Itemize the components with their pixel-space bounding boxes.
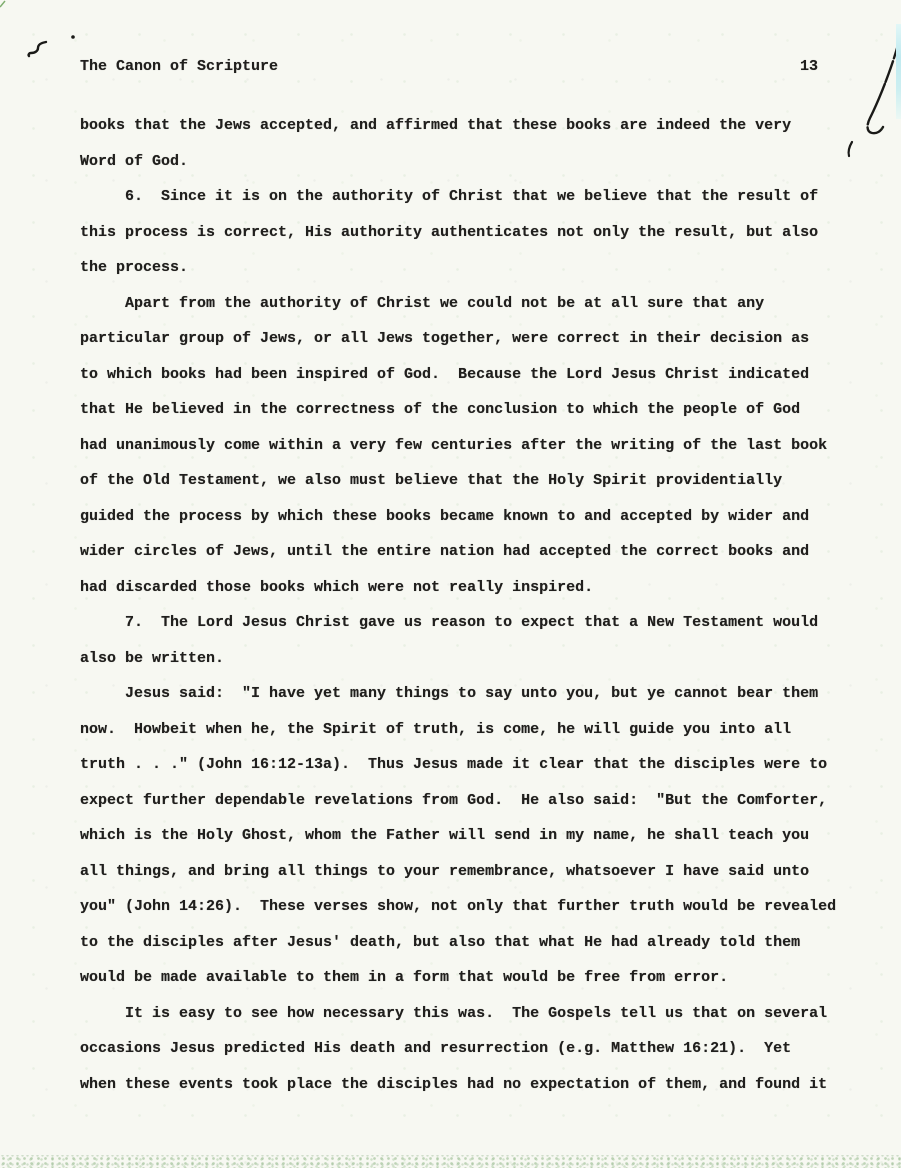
pen-curve-mark (29, 42, 46, 56)
text-line: occasions Jesus predicted His death and … (80, 1031, 870, 1067)
text-line: all things, and bring all things to your… (80, 854, 870, 890)
text-line: expect further dependable revelations fr… (80, 783, 870, 819)
text-line: to which books had been inspired of God.… (80, 357, 870, 393)
text-line: wider circles of Jews, until the entire … (80, 534, 870, 570)
text-line: now. Howbeit when he, the Spirit of trut… (80, 712, 870, 748)
corner-speck-mark (0, 1, 5, 7)
text-line: Word of God. (80, 144, 870, 180)
text-line: books that the Jews accepted, and affirm… (80, 108, 870, 144)
text-line: 7. The Lord Jesus Christ gave us reason … (80, 605, 870, 641)
text-line: had discarded those books which were not… (80, 570, 870, 606)
scanned-document-page: The Canon of Scripture 13 books that the… (0, 0, 901, 1168)
text-line: that He believed in the correctness of t… (80, 392, 870, 428)
text-line: truth . . ." (John 16:12-13a). Thus Jesu… (80, 747, 870, 783)
text-line: Jesus said: "I have yet many things to s… (80, 676, 870, 712)
text-line: which is the Holy Ghost, whom the Father… (80, 818, 870, 854)
page-title: The Canon of Scripture (80, 58, 278, 76)
text-line: the process. (80, 250, 870, 286)
scan-edge-cyan-strip (896, 24, 901, 119)
text-line: Apart from the authority of Christ we co… (80, 286, 870, 322)
text-line: would be made available to them in a for… (80, 960, 870, 996)
text-line: had unanimously come within a very few c… (80, 428, 870, 464)
text-line: particular group of Jews, or all Jews to… (80, 321, 870, 357)
page-number: 13 (800, 58, 818, 76)
pen-check-stroke-mark (868, 45, 898, 133)
text-line: to the disciples after Jesus' death, but… (80, 925, 870, 961)
text-line: guided the process by which these books … (80, 499, 870, 535)
text-line: also be written. (80, 641, 870, 677)
text-line: 6. Since it is on the authority of Chris… (80, 179, 870, 215)
text-line: when these events took place the discipl… (80, 1067, 870, 1103)
text-line: It is easy to see how necessary this was… (80, 996, 870, 1032)
scan-edge-bottom-band (0, 1155, 901, 1168)
ink-dot-mark (71, 35, 75, 39)
text-line: you" (John 14:26). These verses show, no… (80, 889, 870, 925)
text-line: this process is correct, His authority a… (80, 215, 870, 251)
text-line: of the Old Testament, we also must belie… (80, 463, 870, 499)
document-body: books that the Jews accepted, and affirm… (80, 108, 870, 1102)
